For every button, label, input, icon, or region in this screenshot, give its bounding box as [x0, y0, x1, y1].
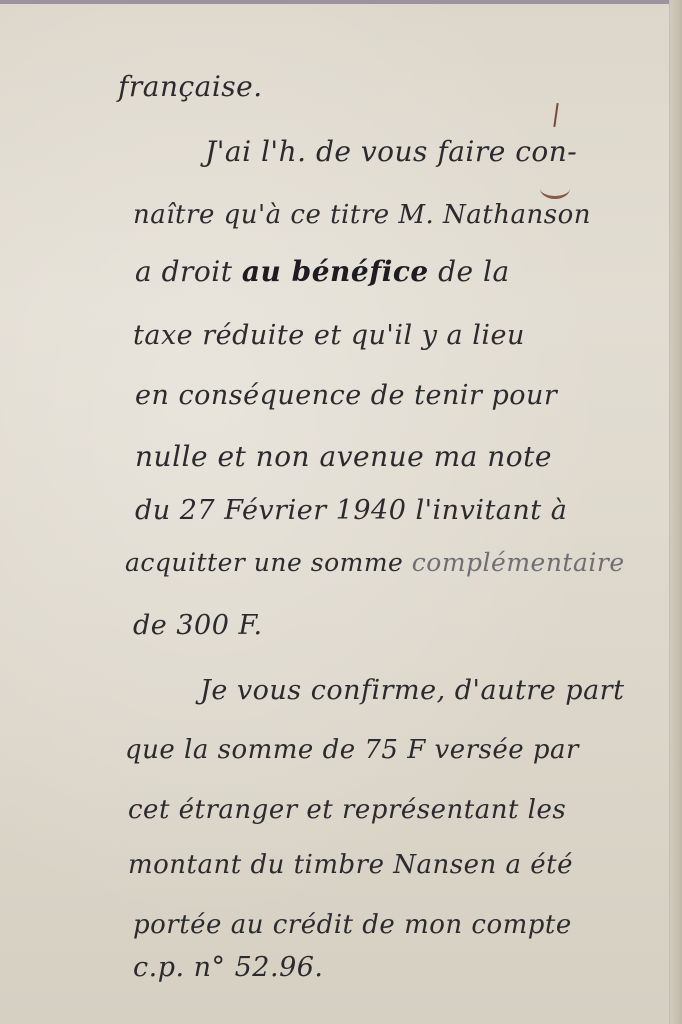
handwritten-line-9: acquitter une somme complémentaire	[125, 548, 625, 577]
handwritten-line-14: montant du timbre Nansen a été	[128, 850, 573, 880]
handwritten-line-3: naître qu'à ce titre M. Nathanson	[133, 200, 591, 230]
ink-mark	[553, 103, 558, 127]
page-top-edge	[0, 0, 682, 4]
handwritten-line-13: cet étranger et représentant les	[128, 795, 566, 825]
letter-page: française. J'ai l'h. de vous faire con- …	[0, 0, 682, 1024]
handwritten-line-10: de 300 F.	[133, 610, 263, 641]
pencil-word: complémentaire	[412, 548, 625, 577]
line-9-prefix: acquitter une somme	[125, 548, 412, 577]
handwritten-line-4: a droit au bénéfice de la	[135, 255, 510, 288]
handwritten-line-11: Je vous confirme, d'autre part	[200, 675, 624, 706]
handwritten-line-2: J'ai l'h. de vous faire con-	[205, 135, 577, 168]
handwritten-line-5: taxe réduite et qu'il y a lieu	[133, 320, 525, 351]
handwritten-line-6: en conséquence de tenir pour	[135, 380, 557, 411]
handwritten-line-7: nulle et non avenue ma note	[135, 440, 552, 473]
handwritten-line-1: française.	[118, 70, 263, 103]
handwritten-line-8: du 27 Février 1940 l'invitant à	[135, 495, 567, 526]
page-right-edge	[669, 0, 682, 1024]
handwritten-line-16: c.p. n° 52.96.	[133, 952, 324, 983]
handwritten-line-15: portée au crédit de mon compte	[133, 910, 572, 940]
emphasized-phrase: au bénéfice	[242, 255, 429, 288]
ink-stain	[540, 178, 570, 199]
line-4-suffix: de la	[429, 255, 510, 288]
handwritten-line-12: que la somme de 75 F versée par	[125, 735, 579, 765]
line-4-prefix: a droit	[135, 255, 242, 288]
